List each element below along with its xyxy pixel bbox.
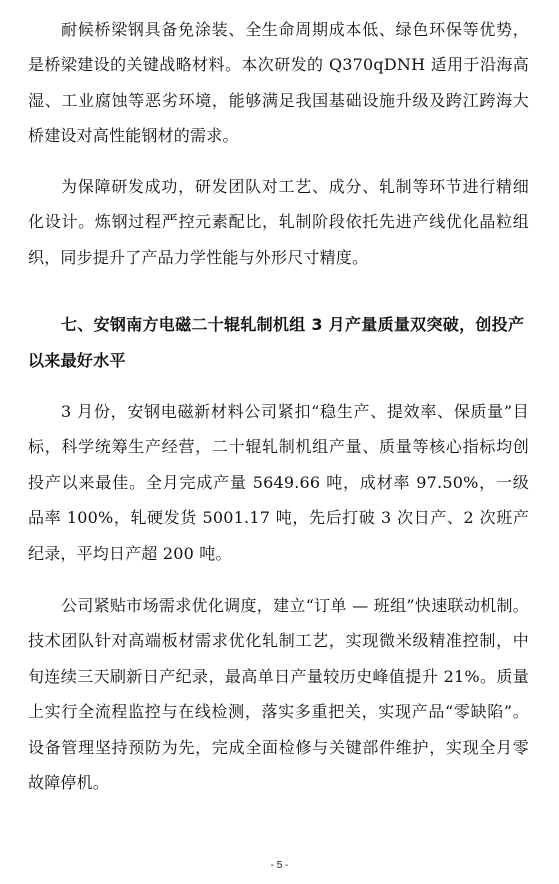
paragraph-market-quality-equipment: 公司紧贴市场需求优化调度，建立“订单 — 班组”快速联动机制。技术团队针对高端板… xyxy=(28,588,529,800)
section-heading-seven: 七、安钢南方电磁二十辊轧制机组 3 月产量质量双突破，创投产以来最好水平 xyxy=(28,307,529,379)
page-number: - 5 - xyxy=(0,860,559,871)
paragraph-march-production: 3 月份，安钢电磁新材料公司紧扣“稳生产、提效率、保质量”目标，科学统筹生产经营… xyxy=(28,394,529,571)
paragraph-weathering-steel-advantages: 耐候桥梁钢具备免涂装、全生命周期成本低、绿色环保等优势，是桥梁建设的关键战略材料… xyxy=(28,12,529,154)
paragraph-rd-design: 为保障研发成功，研发团队对工艺、成分、轧制等环节进行精细化设计。炼钢过程严控元素… xyxy=(28,169,529,275)
